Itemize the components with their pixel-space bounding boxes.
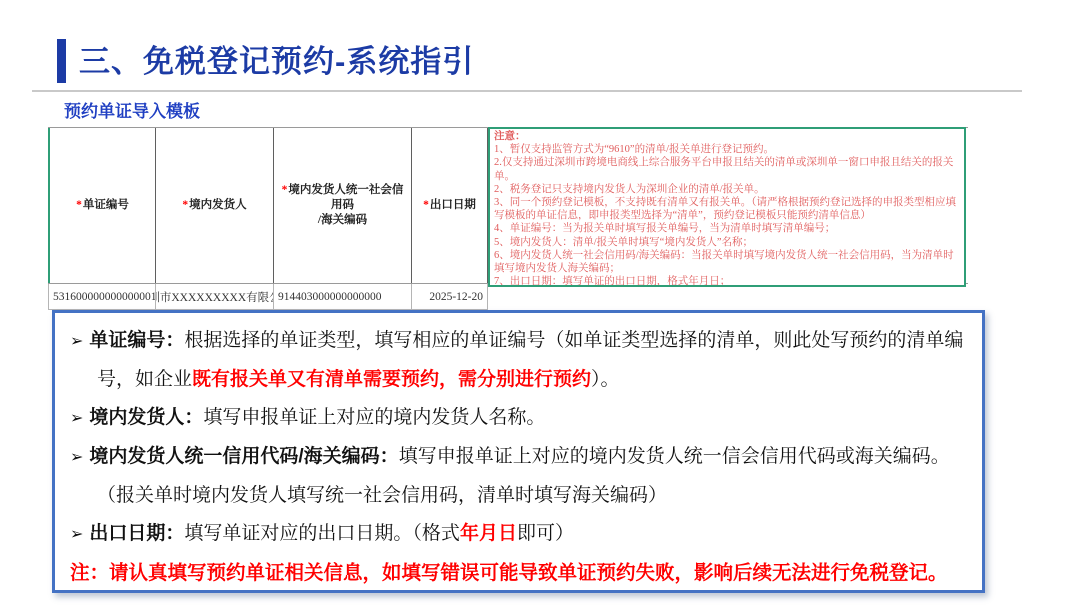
cell-doc-no: 531600000000000001 [48,284,156,310]
slide: 三、免税登记预约-系统指引 预约单证导入模板 *单证编号 *境内发货人 *境内发… [0,0,1080,608]
explanation-box: ➢单证编号：根据选择的单证类型，填写相应的单证编号（如单证类型选择的清单，则此处… [52,310,985,593]
warning-note: 注：请认真填写预约单证相关信息，如填写错误可能导致单证预约失败，影响后续无法进行… [70,554,966,592]
required-asterisk: * [76,199,82,211]
notes-title: 注意： [494,130,959,143]
column-label-line2: /海关编码 [277,213,408,228]
bullet-doc-no: ➢单证编号：根据选择的单证类型，填写相应的单证编号（如单证类型选择的清单，则此处… [70,322,966,399]
excel-template-screenshot: *单证编号 *境内发货人 *境内发货人统一社会信用码/海关编码 *出口日期 注意… [48,127,968,310]
note-line: 1、暂仅支持监管方式为“9610”的清单/报关单进行登记预约。 [494,143,959,156]
column-label: 境内发货人 [189,199,247,211]
note-line: 5、境内发货人：清单/报关单时填写“境内发货人”名称； [494,236,959,249]
bullet-text: 即可） [517,523,574,544]
bullet-export-date: ➢出口日期：填写单证对应的出口日期。（格式年月日即可） [70,515,966,554]
arrow-bullet-icon: ➢ [70,449,83,466]
required-asterisk: * [182,199,188,211]
title-divider [32,90,1022,92]
cell-credit-code: 914403000000000000 [274,284,412,310]
header-cell-export-date: *出口日期 [412,128,488,283]
note-line: 4、单证编号：当为报关单时填写报关单编号，当为清单时填写清单编号； [494,222,959,235]
bullet-highlight: 既有报关单又有清单需要预约，需分别进行预约 [192,369,591,390]
required-asterisk: * [282,184,288,196]
note-line: 2.仅支持通过深圳市跨境电商线上综合服务平台申报且结关的清单或深圳单一窗口申报且… [494,156,959,182]
note-line: 7、出口日期：填写单证的出口日期，格式年月日； [494,275,959,287]
cell-shipper: 深圳市XXXXXXXXX有限公司 [156,284,274,310]
bullet-text: 填写申报单证上对应的境内发货人名称。 [203,407,545,428]
note-line: 2、税务登记只支持境内发货人为深圳企业的清单/报关单。 [494,183,959,196]
header-cell-doc-no: *单证编号 [48,128,156,283]
page-title: 三、免税登记预约-系统指引 [79,36,474,81]
bullet-credit-code: ➢境内发货人统一信用代码/海关编码：填写申报单证上对应的境内发货人统一信会信用代… [70,438,966,515]
excel-notes-cell: 注意： 1、暂仅支持监管方式为“9610”的清单/报关单进行登记预约。 2.仅支… [488,127,966,287]
header-cell-credit-code: *境内发货人统一社会信用码/海关编码 [274,128,412,283]
header-cell-shipper: *境内发货人 [156,128,274,283]
note-line: 3、同一个预约登记模板，不支持既有清单又有报关单。（请严格根据预约登记选择的申报… [494,196,959,222]
bullet-label: 单证编号： [89,330,184,351]
note-line: 6、境内发货人统一社会信用码/海关编码：当报关单时填写境内发货人统一社会信用码，… [494,249,959,275]
required-asterisk: * [423,199,429,211]
bullet-shipper: ➢境内发货人：填写申报单证上对应的境内发货人名称。 [70,399,966,438]
arrow-bullet-icon: ➢ [70,333,83,350]
table-data-row: 531600000000000001 深圳市XXXXXXXXX有限公司 9144… [48,284,968,310]
bullet-label: 境内发货人统一信用代码/海关编码： [89,446,398,467]
section-subtitle: 预约单证导入模板 [64,97,200,122]
bullet-highlight: 年月日 [460,523,517,544]
column-label: 境内发货人统一社会信用码 [288,184,403,211]
arrow-bullet-icon: ➢ [70,410,83,427]
cell-export-date: 2025-12-20 [412,284,488,310]
title-accent-bar [57,39,66,83]
bullet-text: 填写单证对应的出口日期。（格式 [184,523,460,544]
bullet-label: 境内发货人： [89,407,203,428]
bullet-label: 出口日期： [89,523,184,544]
bullet-text: ）。 [591,369,620,390]
column-label: 出口日期 [430,199,476,211]
column-label: 单证编号 [83,199,129,211]
arrow-bullet-icon: ➢ [70,526,83,543]
